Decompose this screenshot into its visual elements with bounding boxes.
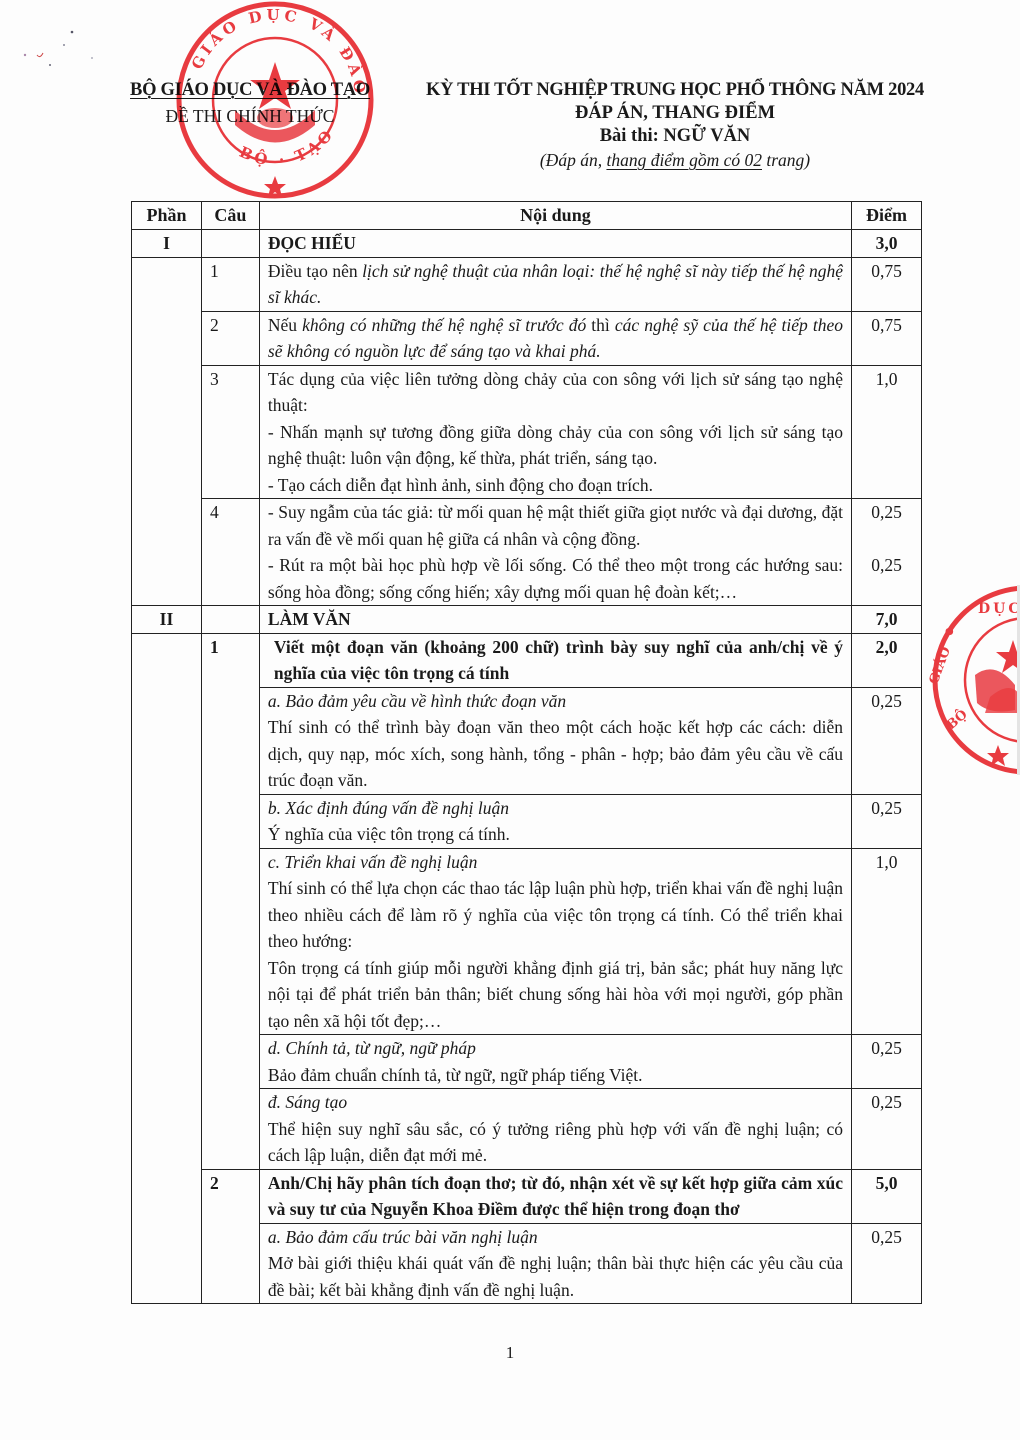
- table-row: 2 Anh/Chị hãy phân tích đoạn thơ; từ đó,…: [132, 1169, 922, 1223]
- question-number: 1: [201, 633, 259, 1169]
- question-score: 5,0: [852, 1169, 922, 1223]
- question-number: 2: [201, 311, 259, 365]
- table-row: 1 Viết một đoạn văn (khoảng 200 chữ) trì…: [132, 633, 922, 687]
- table-row: 1 Điều tạo nên lịch sử nghệ thuật của nh…: [132, 257, 922, 311]
- answer-score: 1,0: [852, 365, 922, 499]
- answer-score: 0,75: [852, 257, 922, 311]
- question-number: 2: [201, 1169, 259, 1304]
- page-number: 1: [0, 1343, 1020, 1363]
- header-part: Phần: [132, 202, 202, 230]
- svg-text:GIÁO: GIÁO: [926, 645, 954, 687]
- criterion-score: 0,25: [852, 1035, 922, 1089]
- answer-key-title: ĐÁP ÁN, THANG ĐIỂM: [395, 103, 955, 124]
- criterion: a. Bảo đảm cấu trúc bài văn nghị luận Mở…: [259, 1223, 851, 1304]
- part-spacer: [132, 257, 202, 606]
- section-row-writing: II LÀM VĂN 7,0: [132, 606, 922, 634]
- answer-key-table: Phần Câu Nội dung Điểm I ĐỌC HIỂU 3,0 1 …: [131, 201, 922, 1304]
- svg-text:DỤC: DỤC: [978, 601, 1020, 617]
- section-row-reading: I ĐỌC HIỂU 3,0: [132, 230, 922, 258]
- answer-score: 0,250,25: [852, 499, 922, 606]
- doc-status: ĐỀ THI CHÍNH THỨC: [100, 106, 400, 127]
- criterion-score: 0,25: [852, 687, 922, 794]
- answer-content: Nếu không có những thế hệ nghệ sĩ trước …: [259, 311, 851, 365]
- part-number: I: [132, 230, 202, 258]
- scan-noise: [15, 25, 95, 75]
- criterion-score: 0,25: [852, 1089, 922, 1170]
- answer-content: - Suy ngẫm của tác giả: từ mối quan hệ m…: [259, 499, 851, 606]
- part-spacer: [132, 633, 202, 1304]
- criterion-score: 0,25: [852, 1223, 922, 1304]
- criterion-score: 0,25: [852, 794, 922, 848]
- subject-title: Bài thi: NGỮ VĂN: [395, 126, 955, 147]
- organization-name: BỘ GIÁO DỤC VÀ ĐÀO TẠO: [100, 80, 400, 101]
- section-score: 7,0: [852, 606, 922, 634]
- criterion-score: 1,0: [852, 848, 922, 1035]
- criterion: d. Chính tả, từ ngữ, ngữ pháp Bảo đảm ch…: [259, 1035, 851, 1089]
- margin-seal-stamp: DỤC o GIÁO BỘ: [915, 585, 1020, 775]
- question-number: 1: [201, 257, 259, 311]
- section-title: LÀM VĂN: [259, 606, 851, 634]
- section-score: 3,0: [852, 230, 922, 258]
- question-prompt: Viết một đoạn văn (khoảng 200 chữ) trình…: [259, 633, 851, 687]
- header-score: Điểm: [852, 202, 922, 230]
- table-row: 4 - Suy ngẫm của tác giả: từ mối quan hệ…: [132, 499, 922, 606]
- criterion: đ. Sáng tạo Thể hiện suy nghĩ sâu sắc, c…: [259, 1089, 851, 1170]
- table-header-row: Phần Câu Nội dung Điểm: [132, 202, 922, 230]
- criterion: a. Bảo đảm yêu cầu về hình thức đoạn văn…: [259, 687, 851, 794]
- part-number: II: [132, 606, 202, 634]
- criterion: c. Triển khai vấn đề nghị luận Thí sinh …: [259, 848, 851, 1035]
- question-number: 4: [201, 499, 259, 606]
- criterion: b. Xác định đúng vấn đề nghị luận Ý nghĩ…: [259, 794, 851, 848]
- svg-text:BỘ · TẠO: BỘ · TẠO: [237, 124, 339, 169]
- header-question: Câu: [201, 202, 259, 230]
- question-score: 2,0: [852, 633, 922, 687]
- exam-title: KỲ THI TỐT NGHIỆP TRUNG HỌC PHỔ THÔNG NĂ…: [395, 80, 955, 101]
- section-title: ĐỌC HIỂU: [259, 230, 851, 258]
- question-number: 3: [201, 365, 259, 499]
- answer-content: Tác dụng của việc liên tưởng dòng chảy c…: [259, 365, 851, 499]
- table-row: 3 Tác dụng của việc liên tưởng dòng chảy…: [132, 365, 922, 499]
- question-prompt: Anh/Chị hãy phân tích đoạn thơ; từ đó, n…: [259, 1169, 851, 1223]
- table-row: 2 Nếu không có những thế hệ nghệ sĩ trướ…: [132, 311, 922, 365]
- page-count-note: (Đáp án, thang điểm gồm có 02 trang): [395, 150, 955, 171]
- header-content: Nội dung: [259, 202, 851, 230]
- answer-content: Điều tạo nên lịch sử nghệ thuật của nhân…: [259, 257, 851, 311]
- svg-text:BỘ: BỘ: [943, 706, 971, 733]
- title-block: KỲ THI TỐT NGHIỆP TRUNG HỌC PHỔ THÔNG NĂ…: [395, 80, 955, 171]
- svg-text:o: o: [945, 624, 954, 639]
- answer-score: 0,75: [852, 311, 922, 365]
- issuer-block: BỘ GIÁO DỤC VÀ ĐÀO TẠO ĐỀ THI CHÍNH THỨC: [100, 80, 400, 127]
